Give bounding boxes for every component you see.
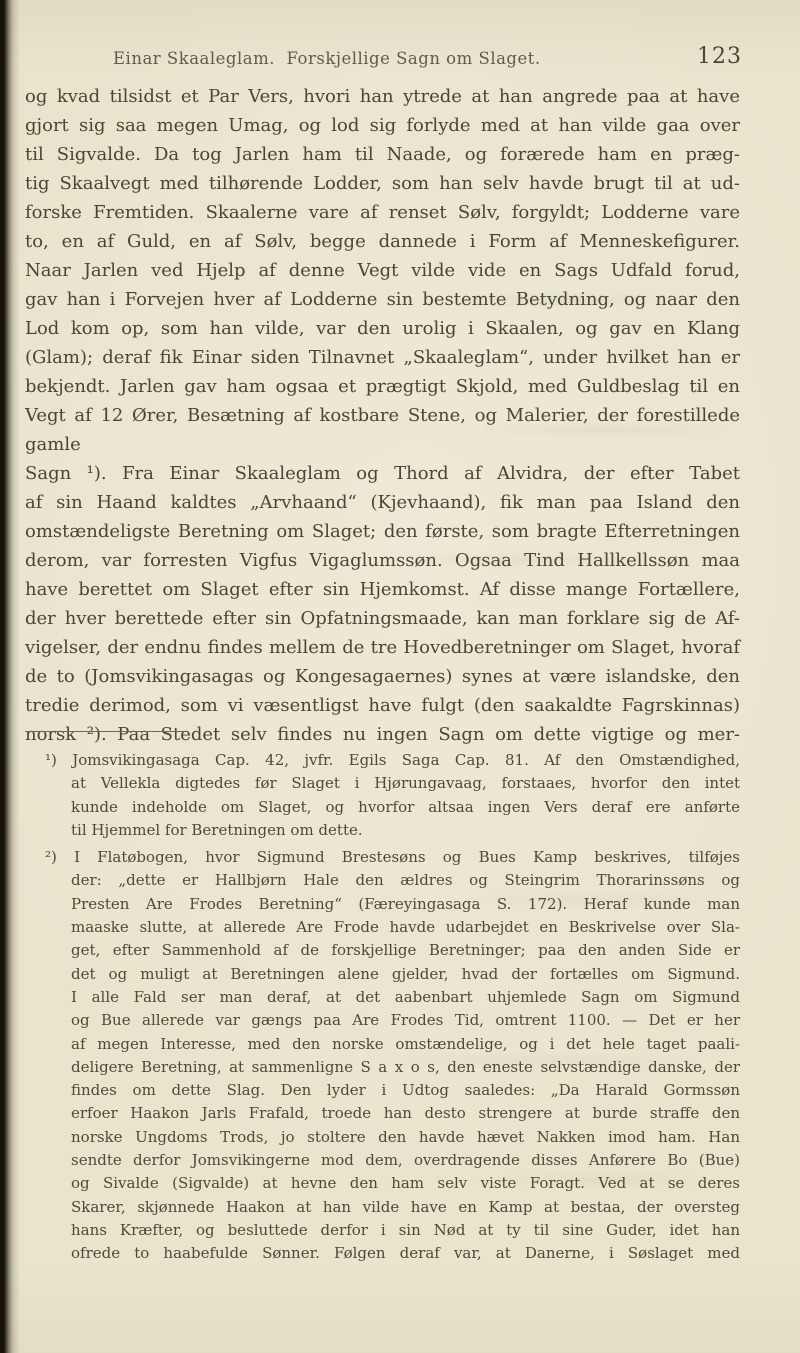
footnote-line: der: „dette er Hallbjørn Hale den ældres… [25,869,740,892]
footnote-line: ofrede to haabefulde Sønner. Følgen dera… [25,1242,740,1265]
body-line: de to (Jomsvikingasagas og Kongesagaerne… [25,662,740,691]
body-line: (Glam); deraf fik Einar siden Tilnavnet … [25,343,740,372]
footnote-line: og Bue allerede var gængs paa Are Frodes… [25,1009,740,1032]
body-line: bekjendt. Jarlen gav ham ogsaa et prægti… [25,372,740,401]
body-line: til Sigvalde. Da tog Jarlen ham til Naad… [25,140,740,169]
body-line: og kvad tilsidst et Par Vers, hvori han … [25,82,740,111]
body-line: Vegt af 12 Ører, Besætning af kostbare S… [25,401,740,459]
page-header: Einar Skaaleglam. Forskjellige Sagn om S… [25,44,775,74]
footnote-line: deligere Beretning, at sammenligne S a x… [25,1056,740,1079]
body-line: derom, var forresten Vigfus Vigaglumssøn… [25,546,740,575]
footnote-line: at Vellekla digtedes før Slaget i Hjørun… [25,772,740,795]
body-line: af sin Haand kaldtes „Arvhaand“ (Kjevhaa… [25,488,740,517]
body-line: have berettet om Slaget efter sin Hjemko… [25,575,740,604]
footnote: ²) I Flatøbogen, hvor Sigmund Brestesøns… [25,846,740,1265]
running-title: Einar Skaaleglam. Forskjellige Sagn om S… [113,49,541,68]
body-text: og kvad tilsidst et Par Vers, hvori han … [25,82,740,749]
body-line: Lod kom op, som han vilde, var den uroli… [25,314,740,343]
footnote-line: til Hjemmel for Beretningen om dette. [25,819,740,842]
footnotes: ¹) Jomsvikingasaga Cap. 42, jvfr. Egils … [25,749,740,1266]
footnote-line: Presten Are Frodes Beretning“ (Færeyinga… [25,893,740,916]
footnote-line: erfoer Haakon Jarls Frafald, troede han … [25,1102,740,1125]
body-line: tig Skaalvegt med tilhørende Lodder, som… [25,169,740,198]
footnote-line: norske Ungdoms Trods, jo stoltere den ha… [25,1126,740,1149]
body-line: Naar Jarlen ved Hjelp af denne Vegt vild… [25,256,740,285]
body-line: vigelser, der endnu findes mellem de tre… [25,633,740,662]
body-line: gjort sig saa megen Umag, og lod sig for… [25,111,740,140]
footnote-line: maaske slutte, at allerede Are Frode hav… [25,916,740,939]
body-line: tredie derimod, som vi væsentligst have … [25,691,740,720]
footnote-line: hans Kræfter, og besluttede derfor i sin… [25,1219,740,1242]
footnote-line: findes om dette Slag. Den lyder i Udtog … [25,1079,740,1102]
footnote-line: og Sivalde (Sigvalde) at hevne den ham s… [25,1172,740,1195]
footnote-line: det og muligt at Beretningen alene gjeld… [25,963,740,986]
footnote-line: get, efter Sammenhold af de forskjellige… [25,939,740,962]
footnote-line: af megen Interesse, med den norske omstæ… [25,1033,740,1056]
body-line: to, en af Guld, en af Sølv, begge danned… [25,227,740,256]
footnote-line: Skarer, skjønnede Haakon at han vilde ha… [25,1196,740,1219]
scan-gutter-edge [0,0,20,1353]
footnote-separator [25,731,187,732]
body-line: forske Fremtiden. Skaalerne vare af rens… [25,198,740,227]
footnote-line: I alle Fald ser man deraf, at det aabenb… [25,986,740,1009]
page-number: 123 [697,44,742,69]
footnote-line: ¹) Jomsvikingasaga Cap. 42, jvfr. Egils … [25,749,740,772]
footnote: ¹) Jomsvikingasaga Cap. 42, jvfr. Egils … [25,749,740,842]
footnote-line: kunde indeholde om Slaget, og hvorfor al… [25,796,740,819]
footnote-line: sendte derfor Jomsvikingerne mod dem, ov… [25,1149,740,1172]
body-line: gav han i Forvejen hver af Lodderne sin … [25,285,740,314]
footnote-line: ²) I Flatøbogen, hvor Sigmund Brestesøns… [25,846,740,869]
book-page: Einar Skaaleglam. Forskjellige Sagn om S… [0,0,800,1353]
body-line: der hver berettede efter sin Opfatningsm… [25,604,740,633]
body-line: omstændeligste Beretning om Slaget; den … [25,517,740,546]
body-line: Sagn ¹). Fra Einar Skaaleglam og Thord a… [25,459,740,488]
body-line: norsk ²). Paa Stedet selv findes nu inge… [25,720,740,749]
